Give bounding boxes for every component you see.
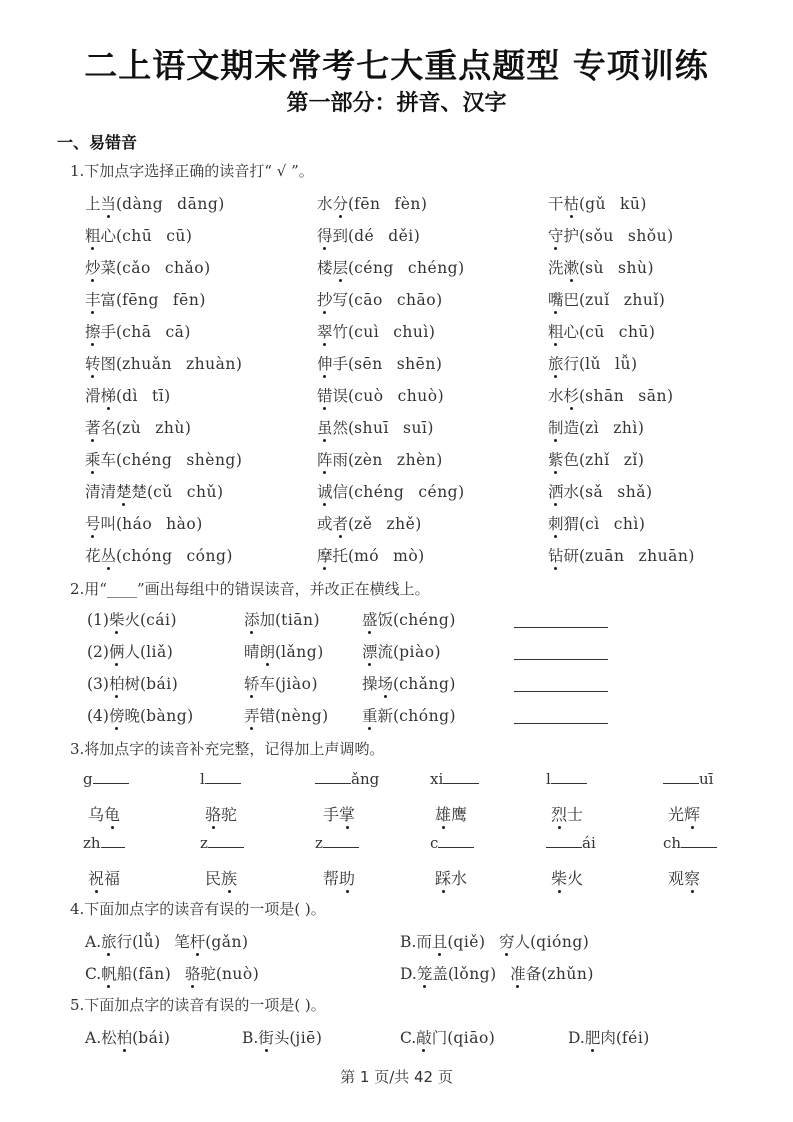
- pinyin-choice-item: 粗心(cūchū): [548, 320, 655, 342]
- question-1-grid: 上当(dàngdāng)水分(fēnfèn)干枯(gǔkū)粗心(chūcū)得…: [85, 192, 785, 576]
- pinyin-option-2[interactable]: mò: [393, 547, 418, 565]
- pinyin-option-2[interactable]: zhuān: [638, 547, 688, 565]
- pinyin-fill-blank[interactable]: uī: [663, 770, 713, 788]
- word-suffix: 头: [274, 1029, 290, 1047]
- pinyin-option-2[interactable]: chì: [614, 515, 639, 533]
- pinyin-check-item[interactable]: (1)柴火(cái): [87, 608, 177, 630]
- answer-blank-line[interactable]: [514, 691, 608, 692]
- pinyin-option-1[interactable]: zě: [354, 515, 372, 533]
- emphasized-char: 骆: [205, 802, 221, 825]
- emphasized-char: 得: [317, 224, 333, 246]
- blank-line[interactable]: [438, 834, 474, 848]
- pinyin-option-2[interactable]: chū: [619, 323, 649, 341]
- dotted-word: 松柏: [101, 1026, 132, 1048]
- blank-line[interactable]: [443, 770, 479, 784]
- word-suffix: 巴: [564, 291, 580, 309]
- option-label: A.: [85, 1029, 101, 1047]
- pinyin: lǚ: [138, 933, 154, 951]
- pinyin-check-item[interactable]: 盛饭(chéng): [362, 608, 455, 630]
- emphasized-char: 守: [548, 224, 564, 246]
- pinyin-option-1[interactable]: chóng: [122, 547, 172, 565]
- word-suffix: 误: [333, 387, 349, 405]
- dotted-word: 帆船: [101, 962, 132, 984]
- dotted-word: 诚信: [317, 480, 348, 502]
- pinyin-option-1[interactable]: mó: [354, 547, 379, 565]
- emphasized-char: 察: [684, 866, 700, 889]
- pinyin-option-2[interactable]: céng: [418, 483, 458, 501]
- pinyin-option-1[interactable]: cuì: [354, 323, 379, 341]
- pinyin-choice-item: 著名(zùzhù): [85, 416, 191, 438]
- pinyin-option-1[interactable]: shuī: [354, 419, 389, 437]
- pinyin-option-2[interactable]: shù: [618, 259, 647, 277]
- pinyin-check-item[interactable]: (2)俩人(liǎ): [87, 640, 173, 662]
- pinyin-option-1[interactable]: zèn: [354, 451, 383, 469]
- pinyin-fill-blank[interactable]: ái: [546, 834, 596, 852]
- pinyin-choice-item: 清清楚楚(cǔchǔ): [85, 480, 223, 502]
- pinyin-option-1[interactable]: zuān: [585, 547, 624, 565]
- pinyin: qiě: [453, 933, 479, 951]
- emphasized-char: 抄: [317, 288, 333, 310]
- dotted-word: 穷人: [499, 930, 530, 952]
- pinyin-fill-blank[interactable]: zh: [83, 834, 125, 852]
- emphasized-char: 街: [258, 1026, 274, 1048]
- pinyin-option-1[interactable]: sǎ: [585, 483, 603, 501]
- emphasized-char: 嘴: [548, 288, 564, 310]
- pinyin-option-1[interactable]: cì: [585, 515, 600, 533]
- fill-word: 踩水: [435, 866, 467, 889]
- pinyin-option-2[interactable]: sān: [638, 387, 667, 405]
- word-suffix: 菜: [101, 259, 117, 277]
- pinyin-option-2[interactable]: shēn: [397, 355, 436, 373]
- emphasized-char: 诚: [317, 480, 333, 502]
- word-suffix: 新: [378, 707, 394, 725]
- word-suffix: 火: [567, 869, 583, 888]
- emphasized-char: 楚: [116, 480, 132, 502]
- question-1-row: 擦手(chācā)翠竹(cuìchuì)粗心(cūchū): [85, 320, 785, 352]
- pinyin-option-1[interactable]: cǎo: [122, 259, 151, 277]
- emphasized-char: 雄: [435, 802, 451, 825]
- word-prefix: 操: [362, 675, 378, 693]
- word-prefix: 水: [548, 387, 564, 405]
- dotted-word: 虽然: [317, 416, 348, 438]
- dotted-word: 添加: [244, 608, 275, 630]
- blank-line[interactable]: [205, 770, 241, 784]
- word-suffix: 到: [333, 227, 349, 245]
- question-1-row: 转图(zhuǎnzhuàn)伸手(sēnshēn)旅行(lǔlǚ): [85, 352, 785, 384]
- pinyin-option-2[interactable]: zhuǐ: [624, 291, 659, 309]
- pinyin-option-1[interactable]: dì: [122, 387, 138, 405]
- dotted-word: 笼盖: [417, 962, 448, 984]
- emphasized-char: 粗: [85, 224, 101, 246]
- word-prefix: 光: [668, 805, 684, 824]
- word-suffix: 驼: [200, 965, 216, 983]
- word-prefix: 乌: [88, 805, 104, 824]
- dotted-word: 观察: [668, 866, 700, 889]
- emphasized-char: 翠: [317, 320, 333, 342]
- dotted-word: 擦手: [85, 320, 116, 342]
- pinyin-option-2[interactable]: tī: [152, 387, 164, 405]
- dotted-word: 柏树: [109, 672, 140, 694]
- option-b[interactable]: B.街头(jiē): [242, 1026, 322, 1048]
- pinyin: gǎn: [211, 933, 242, 951]
- word-suffix: 人: [124, 643, 140, 661]
- emphasized-char: 梯: [101, 384, 117, 406]
- dotted-word: 错误: [317, 384, 348, 406]
- pinyin-option-2[interactable]: fèn: [395, 195, 421, 213]
- pinyin: jiào: [281, 675, 311, 693]
- dotted-word: 干枯: [548, 192, 579, 214]
- pinyin-choice-item: 制造(zìzhì): [548, 416, 644, 438]
- pinyin-option-2[interactable]: zhě: [386, 515, 415, 533]
- pinyin-option-1[interactable]: zuǐ: [585, 291, 610, 309]
- pinyin-option-2[interactable]: cóng: [187, 547, 227, 565]
- emphasized-char: 错: [317, 384, 333, 406]
- dotted-word: 水分: [317, 192, 348, 214]
- document-subtitle: 第一部分：拼音、汉字: [0, 86, 793, 117]
- emphasized-char: 傍: [109, 704, 125, 726]
- pinyin-option-2[interactable]: shǎ: [617, 483, 646, 501]
- pinyin-option-2[interactable]: hào: [166, 515, 196, 533]
- dotted-word: 漂流: [362, 640, 393, 662]
- option-d[interactable]: D.肥肉(féi): [568, 1026, 649, 1048]
- pinyin-option-2[interactable]: fēn: [173, 291, 199, 309]
- fill-word: 光辉: [668, 802, 700, 825]
- pinyin-option-2[interactable]: zhì: [613, 419, 638, 437]
- blank-line[interactable]: [315, 770, 351, 784]
- pinyin-choice-item: 粗心(chūcū): [85, 224, 192, 246]
- pinyin-blank-row: glǎngxiluī: [83, 770, 783, 800]
- question-2-grid: (1)柴火(cái)添加(tiān)盛饭(chéng)(2)俩人(liǎ)晴朗(…: [87, 608, 707, 736]
- option-a[interactable]: A.旅行(lǚ)笔杆(gǎn): [85, 930, 248, 952]
- pinyin-option-1[interactable]: fēng: [122, 291, 159, 309]
- word-prefix: 花: [85, 547, 101, 565]
- pinyin-option-1[interactable]: chéng: [354, 483, 404, 501]
- emphasized-char: 烈: [551, 802, 567, 825]
- pinyin-option-1[interactable]: cāo: [354, 291, 383, 309]
- pinyin-fill-blank[interactable]: z: [315, 834, 359, 852]
- emphasized-char: 重: [362, 704, 378, 726]
- blank-line[interactable]: [93, 770, 129, 784]
- answer-blank-line[interactable]: [514, 659, 608, 660]
- dotted-word: 花丛: [85, 544, 116, 566]
- word-prefix: 水: [317, 195, 333, 213]
- pinyin-check-item[interactable]: 漂流(piào): [362, 640, 441, 662]
- word-prefix: 手: [323, 805, 339, 824]
- pinyin-option-2[interactable]: chǔ: [187, 483, 217, 501]
- emphasized-char: 旅: [548, 352, 564, 374]
- emphasized-char: 帆: [101, 962, 117, 984]
- pinyin-option-2[interactable]: cā: [166, 323, 185, 341]
- pinyin-option-1[interactable]: zù: [122, 419, 141, 437]
- pinyin: chéng: [399, 611, 449, 629]
- pinyin-option-1[interactable]: chéng: [122, 451, 172, 469]
- pinyin-option-1[interactable]: zhuǎn: [122, 355, 172, 373]
- word-suffix: 水: [451, 869, 467, 888]
- pinyin-fill-blank[interactable]: z: [200, 834, 244, 852]
- pinyin-fill-blank[interactable]: l: [546, 770, 587, 788]
- pinyin-option-2[interactable]: děi: [388, 227, 414, 245]
- option-label: D.: [568, 1029, 585, 1047]
- blank-line[interactable]: [208, 834, 244, 848]
- pinyin-option-2[interactable]: shèng: [186, 451, 236, 469]
- pinyin-option-2[interactable]: suī: [403, 419, 427, 437]
- option-label: C.: [85, 965, 101, 983]
- word-prefix: 楼: [317, 259, 333, 277]
- option-d[interactable]: D.笼盖(lǒng)准备(zhǔn): [400, 962, 593, 984]
- pinyin-option-2[interactable]: zhuàn: [186, 355, 236, 373]
- word-suffix: 富: [101, 291, 117, 309]
- pinyin-option-2[interactable]: zhù: [155, 419, 185, 437]
- pinyin-option-1[interactable]: chū: [122, 227, 152, 245]
- emphasized-char: 分: [333, 192, 349, 214]
- word-suffix: 叫: [101, 515, 117, 533]
- dotted-word: 踩水: [435, 866, 467, 889]
- pinyin-fill-blank[interactable]: c: [430, 834, 474, 852]
- fill-word: 雄鹰: [435, 802, 467, 825]
- word-prefix: 笔: [174, 933, 190, 951]
- dotted-word: 乘车: [85, 448, 116, 470]
- option-b[interactable]: B.而且(qiě)穷人(qióng): [400, 930, 589, 952]
- pinyin: lǎng: [281, 643, 317, 661]
- pinyin-option-2[interactable]: cū: [166, 227, 186, 245]
- dotted-word: 著名: [85, 416, 116, 438]
- pinyin-choice-item: 抄写(cāochāo): [317, 288, 442, 310]
- dotted-word: 钻研: [548, 544, 579, 566]
- pinyin-option-1[interactable]: céng: [354, 259, 394, 277]
- pinyin: fān: [138, 965, 164, 983]
- word-prefix: 松: [101, 1029, 117, 1047]
- word-suffix: 研: [564, 547, 580, 565]
- pinyin-choice-item: 旅行(lǔlǚ): [548, 352, 637, 374]
- word-suffix: 心: [101, 227, 117, 245]
- dotted-word: 旅行: [101, 930, 132, 952]
- emphasized-char: 炒: [85, 256, 101, 278]
- emphasized-char: 摩: [317, 544, 333, 566]
- pinyin-option-1[interactable]: gǔ: [585, 195, 606, 213]
- pinyin-choice-item: 洒水(sǎshǎ): [548, 480, 652, 502]
- pinyin-option-1[interactable]: shān: [585, 387, 624, 405]
- word-suffix: 树: [124, 675, 140, 693]
- emphasized-char: 穷: [499, 930, 515, 952]
- pinyin-fill-blank[interactable]: l: [200, 770, 241, 788]
- pinyin-option-2[interactable]: dāng: [177, 195, 218, 213]
- question-1-prompt: 1.下加点字选择正确的读音打“ √ ”。: [70, 160, 314, 181]
- emphasized-char: 旅: [101, 930, 117, 952]
- fill-word: 烈士: [551, 802, 583, 825]
- blank-line[interactable]: [101, 834, 125, 848]
- document-title: 二上语文期末常考七大重点题型 专项训练: [0, 40, 793, 87]
- option-a[interactable]: A.松柏(bái): [85, 1026, 170, 1048]
- pinyin-option-1[interactable]: cū: [585, 323, 605, 341]
- pinyin-choice-item: 守护(sǒushǒu): [548, 224, 673, 246]
- pinyin-option-1[interactable]: lǔ: [585, 355, 601, 373]
- word-prefix: 而: [416, 933, 432, 951]
- pinyin-choice-item: 炒菜(cǎochǎo): [85, 256, 210, 278]
- emphasized-char: 号: [85, 512, 101, 534]
- pinyin-fill-blank[interactable]: ch: [663, 834, 717, 852]
- pinyin-choice-item: 转图(zhuǎnzhuàn): [85, 352, 242, 374]
- emphasized-char: 者: [333, 512, 349, 534]
- item-number: (4): [87, 707, 109, 725]
- pinyin-option-1[interactable]: fēn: [354, 195, 380, 213]
- pinyin: nuò: [222, 965, 253, 983]
- pinyin-option-1[interactable]: cuò: [354, 387, 384, 405]
- pinyin-check-item[interactable]: 弄错(nèng): [244, 704, 328, 726]
- word-prefix: 或: [317, 515, 333, 533]
- question-2-row: (2)俩人(liǎ)晴朗(lǎng)漂流(piào): [87, 640, 707, 672]
- dotted-word: 丰富: [85, 288, 116, 310]
- dotted-word: 摩托: [317, 544, 348, 566]
- word-suffix: 手: [101, 323, 117, 341]
- emphasized-char: 添: [244, 608, 260, 630]
- word-suffix: 车: [101, 451, 117, 469]
- pinyin-check-item[interactable]: 添加(tiān): [244, 608, 320, 630]
- question-1-row: 清清楚楚(cǔchǔ)诚信(chéngcéng)洒水(sǎshǎ): [85, 480, 785, 512]
- item-number: (1): [87, 611, 109, 629]
- emphasized-char: 丰: [85, 288, 101, 310]
- pinyin-option-1[interactable]: sǒu: [585, 227, 614, 245]
- emphasized-char: 祝: [88, 866, 104, 889]
- blank-line[interactable]: [546, 834, 582, 848]
- pinyin-option-1[interactable]: chā: [122, 323, 151, 341]
- fill-word: 民族: [205, 866, 237, 889]
- pinyin-choice-item: 伸手(sēnshēn): [317, 352, 442, 374]
- pinyin-option-2[interactable]: zhèn: [397, 451, 436, 469]
- pinyin-before: xi: [430, 770, 443, 788]
- pinyin-option-1[interactable]: dé: [354, 227, 374, 245]
- blank-line[interactable]: [323, 834, 359, 848]
- pinyin-fill-blank[interactable]: ǎng: [315, 770, 379, 788]
- question-4-options-row-2: C.帆船(fān)骆驼(nuò)D.笼盖(lǒng)准备(zhǔn): [85, 962, 785, 992]
- pinyin-check-item[interactable]: (4)傍晚(bàng): [87, 704, 193, 726]
- pinyin-check-item[interactable]: 重新(chóng): [362, 704, 456, 726]
- dotted-word: 乌龟: [88, 802, 120, 825]
- pinyin-option-2[interactable]: lǚ: [615, 355, 631, 373]
- dotted-word: 烈士: [551, 802, 583, 825]
- pinyin-option-1[interactable]: cǔ: [153, 483, 173, 501]
- fill-word: 帮助: [323, 866, 355, 889]
- emphasized-char: 踩: [435, 866, 451, 889]
- word-suffix: 错: [260, 707, 276, 725]
- pinyin-option-2[interactable]: chuì: [393, 323, 429, 341]
- pinyin-choice-item: 乘车(chéngshèng): [85, 448, 242, 470]
- blank-line[interactable]: [551, 770, 587, 784]
- pinyin-fill-blank[interactable]: xi: [430, 770, 479, 788]
- pinyin-option-2[interactable]: shǒu: [628, 227, 667, 245]
- pinyin-option-1[interactable]: sēn: [354, 355, 383, 373]
- pinyin: bàng: [146, 707, 187, 725]
- option-c[interactable]: C.帆船(fān)骆驼(nuò): [85, 962, 259, 984]
- option-c[interactable]: C.敲门(qiāo): [400, 1026, 495, 1048]
- pinyin-choice-item: 楼层(céngchéng): [317, 256, 464, 278]
- pinyin: cái: [146, 611, 170, 629]
- pinyin-option-2[interactable]: chǎo: [165, 259, 204, 277]
- pinyin-option-1[interactable]: sù: [585, 259, 604, 277]
- word-suffix: 竹: [333, 323, 349, 341]
- pinyin-option-2[interactable]: chéng: [408, 259, 458, 277]
- pinyin-option-1[interactable]: háo: [122, 515, 152, 533]
- pinyin-option-2[interactable]: chāo: [397, 291, 436, 309]
- pinyin-before: c: [430, 834, 438, 852]
- pinyin: lǒng: [454, 965, 490, 983]
- blank-line[interactable]: [663, 770, 699, 784]
- word-prefix: 上: [85, 195, 101, 213]
- answer-blank-line[interactable]: [514, 723, 608, 724]
- fill-word: 柴火: [551, 866, 583, 889]
- dotted-word: 而且: [416, 930, 447, 952]
- dotted-word: 伸手: [317, 352, 348, 374]
- pinyin-option-1[interactable]: dàng: [122, 195, 163, 213]
- word-row: 祝福民族帮助踩水柴火观察: [83, 864, 783, 898]
- pinyin-option-1[interactable]: zhǐ: [585, 451, 610, 469]
- question-2-row: (1)柴火(cái)添加(tiān)盛饭(chéng): [87, 608, 707, 640]
- dotted-word: 盛饭: [362, 608, 393, 630]
- pinyin-fill-blank[interactable]: g: [83, 770, 129, 788]
- pinyin: féi: [622, 1029, 643, 1047]
- pinyin-check-item[interactable]: (3)柏树(bái): [87, 672, 178, 694]
- word-suffix: 船: [117, 965, 133, 983]
- emphasized-char: 当: [101, 192, 117, 214]
- question-2-row: (4)傍晚(bàng)弄错(nèng)重新(chóng): [87, 704, 707, 736]
- question-1-row: 著名(zùzhù)虽然(shuīsuī)制造(zìzhì): [85, 416, 785, 448]
- emphasized-char: 杉: [564, 384, 580, 406]
- emphasized-char: 丛: [101, 544, 117, 566]
- question-5-prompt: 5.下面加点字的读音有误的一项是( )。: [70, 994, 326, 1015]
- blank-line[interactable]: [681, 834, 717, 848]
- question-2-row: (3)柏树(bái)轿车(jiào)操场(chǎng): [87, 672, 707, 704]
- pinyin-choice-item: 摩托(mómò): [317, 544, 424, 566]
- answer-blank-line[interactable]: [514, 627, 608, 628]
- pinyin-choice-item: 水分(fēnfèn): [317, 192, 427, 214]
- pinyin-option-2[interactable]: kū: [620, 195, 640, 213]
- dotted-word: 刺猬: [548, 512, 579, 534]
- dotted-word: 柴火: [551, 866, 583, 889]
- pinyin: bái: [138, 1029, 164, 1047]
- pinyin-option-2[interactable]: chuò: [398, 387, 438, 405]
- pinyin-check-item[interactable]: 轿车(jiào): [244, 672, 318, 694]
- pinyin-check-item[interactable]: 操场(chǎng): [362, 672, 455, 694]
- emphasized-char: 粗: [548, 320, 564, 342]
- pinyin-check-item[interactable]: 晴朗(lǎng): [244, 640, 323, 662]
- emphasized-char: 刺: [548, 512, 564, 534]
- emphasized-char: 紫: [548, 448, 564, 470]
- option-label: B.: [400, 933, 416, 951]
- emphasized-char: 弄: [244, 704, 260, 726]
- pinyin-option-1[interactable]: zì: [585, 419, 599, 437]
- emphasized-char: 敲: [416, 1026, 432, 1048]
- emphasized-char: 柴: [551, 866, 567, 889]
- dotted-word: 祝福: [88, 866, 120, 889]
- word-suffix: 图: [101, 355, 117, 373]
- word-prefix: 滑: [85, 387, 101, 405]
- pinyin: zhǔn: [547, 965, 587, 983]
- pinyin-choice-item: 得到(déděi): [317, 224, 420, 246]
- emphasized-char: 骆: [185, 962, 201, 984]
- pinyin-after: ǎng: [351, 770, 379, 788]
- word-suffix: 色: [564, 451, 580, 469]
- option-label: B.: [242, 1029, 258, 1047]
- pinyin-blank-row: zhzzcáich: [83, 834, 783, 864]
- dotted-word: 旅行: [548, 352, 579, 374]
- emphasized-char: 准: [510, 962, 526, 984]
- word-prefix: 干: [548, 195, 564, 213]
- pinyin-option-2[interactable]: zǐ: [624, 451, 638, 469]
- emphasized-char: 助: [339, 866, 355, 889]
- word-row: 乌龟骆驼手掌雄鹰烈士光辉: [83, 800, 783, 834]
- dotted-word: 骆驼: [205, 802, 237, 825]
- pinyin-choice-item: 翠竹(cuìchuì): [317, 320, 435, 342]
- dotted-word: 晴朗: [244, 640, 275, 662]
